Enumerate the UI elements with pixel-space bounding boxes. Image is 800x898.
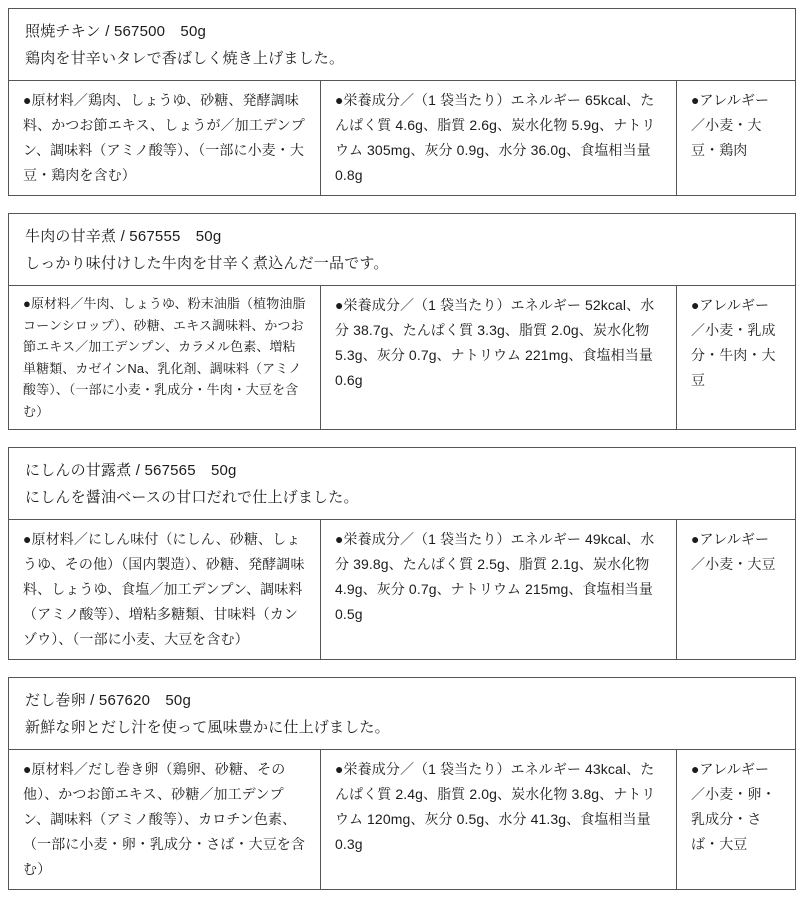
ingredients-cell: ●原材料／にしん味付（にしん、砂糖、しょうゆ、その他）（国内製造）、砂糖、発酵調… xyxy=(9,520,320,659)
product-title: 牛肉の甘辛煮 / 567555 50g xyxy=(25,223,779,250)
product-description: しっかり味付けした牛肉を甘辛く煮込んだ一品です。 xyxy=(25,250,779,277)
nutrition-cell: ●栄養成分／（1 袋当たり）エネルギー 52kcal、水分 38.7g、たんぱく… xyxy=(320,286,676,429)
product-card-teriyaki-chicken: 照焼チキン / 567500 50g 鶏肉を甘辛いタレで香ばしく焼き上げました。… xyxy=(8,8,796,196)
product-description: にしんを醤油ベースの甘口だれで仕上げました。 xyxy=(25,484,779,511)
product-spec-table: ●原材料／牛肉、しょうゆ、粉末油脂（植物油脂コーンシロップ）、砂糖、エキス調味料… xyxy=(9,285,795,429)
product-title: だし巻卵 / 567620 50g xyxy=(25,687,779,714)
product-card-herring-kanroni: にしんの甘露煮 / 567565 50g にしんを醤油ベースの甘口だれで仕上げま… xyxy=(8,447,796,660)
product-title: にしんの甘露煮 / 567565 50g xyxy=(25,457,779,484)
product-card-beef-amakara: 牛肉の甘辛煮 / 567555 50g しっかり味付けした牛肉を甘辛く煮込んだ一… xyxy=(8,213,796,430)
product-header: にしんの甘露煮 / 567565 50g にしんを醤油ベースの甘口だれで仕上げま… xyxy=(9,448,795,519)
product-card-dashimaki-tamago: だし巻卵 / 567620 50g 新鮮な卵とだし汁を使って風味豊かに仕上げまし… xyxy=(8,677,796,890)
ingredients-cell: ●原材料／鶏肉、しょうゆ、砂糖、発酵調味料、かつお節エキス、しょうが／加工デンプ… xyxy=(9,81,320,195)
product-spec-sheet: 照焼チキン / 567500 50g 鶏肉を甘辛いタレで香ばしく焼き上げました。… xyxy=(0,0,800,898)
product-description: 新鮮な卵とだし汁を使って風味豊かに仕上げました。 xyxy=(25,714,779,741)
allergy-cell: ●アレルギー／小麦・乳成分・牛肉・大豆 xyxy=(676,286,795,429)
nutrition-cell: ●栄養成分／（1 袋当たり）エネルギー 49kcal、水分 39.8g、たんぱく… xyxy=(320,520,676,659)
ingredients-cell: ●原材料／だし巻き卵（鶏卵、砂糖、その他）、かつお節エキス、砂糖／加工デンプン、… xyxy=(9,750,320,889)
ingredients-cell: ●原材料／牛肉、しょうゆ、粉末油脂（植物油脂コーンシロップ）、砂糖、エキス調味料… xyxy=(9,286,320,429)
allergy-cell: ●アレルギー／小麦・大豆・鶏肉 xyxy=(676,81,795,195)
nutrition-cell: ●栄養成分／（1 袋当たり）エネルギー 65kcal、たんぱく質 4.6g、脂質… xyxy=(320,81,676,195)
product-title: 照焼チキン / 567500 50g xyxy=(25,18,779,45)
allergy-cell: ●アレルギー／小麦・大豆 xyxy=(676,520,795,659)
product-spec-table: ●原材料／にしん味付（にしん、砂糖、しょうゆ、その他）（国内製造）、砂糖、発酵調… xyxy=(9,519,795,659)
product-header: 照焼チキン / 567500 50g 鶏肉を甘辛いタレで香ばしく焼き上げました。 xyxy=(9,9,795,80)
allergy-cell: ●アレルギー／小麦・卵・乳成分・さば・大豆 xyxy=(676,750,795,889)
product-spec-table: ●原材料／鶏肉、しょうゆ、砂糖、発酵調味料、かつお節エキス、しょうが／加工デンプ… xyxy=(9,80,795,195)
product-header: 牛肉の甘辛煮 / 567555 50g しっかり味付けした牛肉を甘辛く煮込んだ一… xyxy=(9,214,795,285)
product-header: だし巻卵 / 567620 50g 新鮮な卵とだし汁を使って風味豊かに仕上げまし… xyxy=(9,678,795,749)
product-spec-table: ●原材料／だし巻き卵（鶏卵、砂糖、その他）、かつお節エキス、砂糖／加工デンプン、… xyxy=(9,749,795,889)
nutrition-cell: ●栄養成分／（1 袋当たり）エネルギー 43kcal、たんぱく質 2.4g、脂質… xyxy=(320,750,676,889)
product-description: 鶏肉を甘辛いタレで香ばしく焼き上げました。 xyxy=(25,45,779,72)
